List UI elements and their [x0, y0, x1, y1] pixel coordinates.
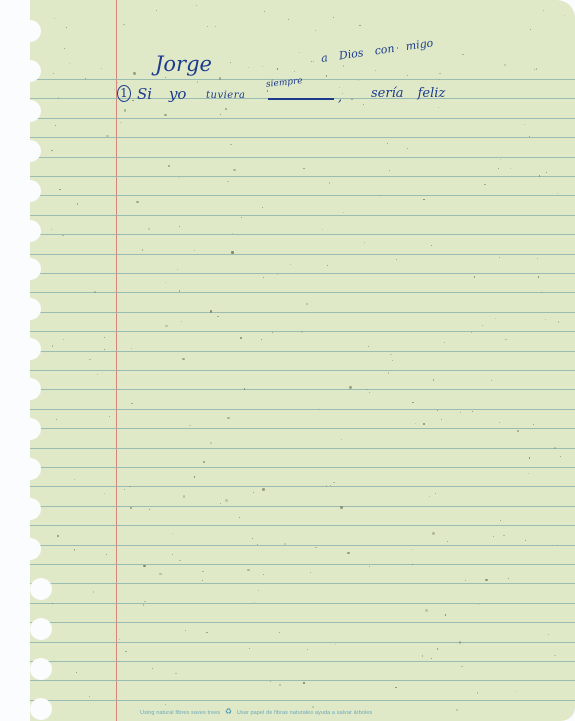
ruled-line [30, 700, 575, 701]
paper-fleck [456, 709, 458, 711]
ruled-line [30, 292, 575, 293]
paper-fleck [249, 648, 250, 649]
paper-fleck [294, 71, 295, 72]
paper-fleck [484, 184, 485, 185]
paper-fleck [564, 15, 565, 16]
binder-hole [30, 298, 41, 320]
paper-fleck [422, 655, 423, 656]
paper-fleck [557, 193, 558, 194]
paper-fleck [165, 77, 166, 78]
paper-fleck [220, 503, 221, 504]
paper-fleck [445, 614, 446, 615]
paper-fleck [311, 61, 312, 62]
paper-fleck [168, 165, 169, 166]
paper-fleck [196, 5, 197, 6]
paper-fleck [390, 354, 391, 355]
paper-fleck [89, 696, 90, 697]
paper-fleck [482, 325, 483, 326]
paper-fleck [262, 488, 264, 490]
paper-fleck [411, 549, 412, 550]
paper-fleck [524, 124, 525, 125]
paper-fleck [159, 573, 161, 575]
ruled-line [30, 157, 575, 158]
paper-fleck [313, 61, 314, 62]
paper-fleck [438, 107, 439, 108]
binder-hole [30, 338, 41, 360]
paper-fleck [183, 495, 185, 497]
paper-fleck [322, 229, 323, 230]
paper-fleck [343, 212, 344, 213]
binder-hole [30, 258, 41, 280]
footer-english: Using natural fibres saves trees [140, 710, 220, 716]
paper-fleck [368, 346, 369, 347]
paper-fleck [217, 316, 218, 317]
paper-fleck [194, 250, 195, 251]
paper-fleck [104, 337, 105, 338]
paper-fleck [432, 532, 434, 534]
paper-fleck [429, 496, 430, 497]
ruled-line [30, 351, 575, 352]
paper-fleck [407, 148, 408, 149]
paper-fleck [264, 11, 265, 12]
paper-fleck [447, 541, 448, 542]
paper-fleck [225, 499, 227, 501]
paper-fleck [315, 30, 316, 31]
paper-fleck [545, 319, 546, 320]
paper-fleck [461, 666, 462, 667]
binder-hole [30, 220, 41, 242]
recycle-icon: ♻ [225, 707, 232, 716]
paper-fleck [412, 402, 413, 403]
paper-fleck [76, 672, 77, 673]
paper-fleck [142, 249, 143, 250]
paper-fleck [306, 303, 308, 305]
paper-fleck [194, 476, 195, 477]
paper-fleck [89, 359, 90, 360]
paper-fleck [233, 169, 235, 171]
paper-fleck [327, 265, 328, 266]
paper-fleck [460, 412, 461, 413]
ruled-line [30, 118, 575, 119]
paper-fleck [152, 668, 153, 669]
paper-fleck [124, 109, 126, 111]
paper-fleck [56, 419, 57, 420]
ruled-line [30, 389, 575, 390]
binder-hole [30, 378, 41, 400]
binder-hole [30, 20, 41, 42]
paper-fleck [279, 684, 281, 686]
paper-fleck [364, 242, 365, 243]
paper-fleck [503, 535, 504, 536]
paper-fleck [114, 89, 115, 90]
paper-fleck [472, 411, 473, 412]
paper-fleck [63, 339, 64, 340]
paper-fleck [495, 318, 496, 319]
verb: tuviera [206, 90, 245, 101]
paper-fleck [498, 168, 499, 169]
paper-fleck [339, 87, 340, 88]
paper-fleck [525, 540, 526, 541]
paper-fleck [52, 603, 53, 604]
paper-fleck [347, 552, 349, 554]
paper-fleck [149, 509, 150, 510]
paper-fleck [77, 203, 78, 204]
paper-fleck [310, 572, 311, 573]
paper-fleck [263, 277, 264, 278]
ruled-line [30, 603, 575, 604]
paper-fleck [165, 704, 166, 705]
paper-fleck [528, 473, 529, 474]
paper-fleck [206, 632, 207, 633]
paper-fleck [179, 560, 180, 561]
paper-fleck [252, 538, 253, 539]
binder-hole [30, 538, 41, 560]
ruled-line [30, 545, 575, 546]
paper-fleck [369, 392, 370, 393]
paper-fleck [130, 507, 132, 509]
paper-fleck [97, 374, 98, 375]
paper-fleck [94, 291, 95, 292]
paper-fleck [172, 554, 173, 555]
paper-fleck [227, 181, 228, 182]
paper-fleck [329, 182, 330, 183]
paper-fleck [326, 485, 327, 486]
paper-fleck [340, 506, 342, 508]
paper-fleck [471, 332, 472, 333]
paper-fleck [225, 108, 227, 110]
ruled-line [30, 409, 575, 410]
paper-fleck [93, 591, 94, 592]
paper-fleck [517, 430, 518, 431]
binder-hole [30, 498, 41, 520]
paper-fleck [120, 122, 121, 123]
paper-fleck [554, 447, 556, 449]
paper-fleck [439, 79, 440, 80]
notebook-page [30, 0, 575, 721]
paper-fleck [210, 442, 212, 444]
paper-fleck [423, 199, 424, 200]
paper-fleck [341, 439, 342, 440]
paper-fleck [240, 337, 242, 339]
paper-fleck [529, 457, 530, 458]
paper-fleck [165, 325, 167, 327]
paper-fleck [123, 24, 124, 25]
paper-fleck [366, 389, 367, 390]
student-name: Jorge [155, 52, 212, 76]
paper-fleck [437, 648, 438, 649]
paper-fleck [539, 175, 540, 176]
paper-footer: Using natural fibres saves trees ♻ Usar … [140, 707, 372, 716]
paper-fleck [478, 604, 479, 605]
item-number-text: 1 [120, 86, 128, 100]
paper-fleck [303, 682, 304, 683]
paper-fleck [55, 125, 56, 126]
paper-fleck [491, 380, 492, 381]
binder-hole [30, 618, 52, 640]
paper-fleck [510, 168, 511, 169]
paper-fleck [444, 342, 445, 343]
ruled-line [30, 428, 575, 429]
paper-fleck [257, 544, 258, 545]
ruled-line [30, 273, 575, 274]
ruled-line [30, 506, 575, 507]
paper-fleck [181, 321, 182, 322]
paper-fleck [156, 10, 157, 11]
ruled-line [30, 642, 575, 643]
paper-fleck [288, 19, 289, 20]
paper-fleck [203, 461, 205, 463]
ruled-line [30, 525, 575, 526]
paper-fleck [131, 348, 132, 349]
paper-fleck [258, 590, 259, 591]
paper-fleck [125, 651, 126, 652]
paper-fleck [132, 100, 133, 101]
paper-fleck [485, 579, 487, 581]
paper-fleck [129, 486, 130, 487]
paper-fleck [504, 64, 506, 66]
ruled-line [30, 254, 575, 255]
paper-fleck [333, 482, 334, 483]
paper-fleck [388, 372, 389, 373]
paper-fleck [395, 687, 396, 688]
paper-fleck [230, 144, 231, 145]
ruled-line [30, 622, 575, 623]
ruled-line [30, 448, 575, 449]
ruled-line [30, 564, 575, 565]
paper-fleck [261, 339, 262, 340]
paper-fleck [131, 403, 132, 404]
paper-fleck [164, 114, 166, 116]
paper-fleck [290, 264, 291, 265]
paper-fleck [505, 339, 506, 340]
paper-fleck [516, 691, 517, 692]
paper-fleck [534, 69, 535, 70]
paper-fleck [358, 80, 359, 81]
paper-fleck [351, 99, 352, 100]
paper-fleck [175, 673, 176, 674]
paper-fleck [165, 282, 166, 283]
paper-fleck [433, 379, 434, 380]
paper-fleck [172, 533, 173, 534]
paper-fleck [54, 18, 55, 19]
paper-fleck [560, 456, 561, 457]
paper-fleck [392, 360, 393, 361]
paper-fleck [220, 114, 221, 115]
binder-hole [30, 698, 52, 720]
paper-fleck [177, 269, 178, 270]
paper-fleck [182, 358, 184, 360]
paper-fleck [387, 143, 388, 144]
paper-fleck [423, 423, 425, 425]
paper-fleck [543, 10, 544, 11]
ruled-line [30, 137, 575, 138]
paper-fleck [248, 67, 249, 68]
ruled-line [30, 661, 575, 662]
paper-fleck [301, 331, 303, 333]
paper-fleck [425, 609, 427, 611]
paper-fleck [51, 229, 52, 230]
paper-fleck [263, 574, 264, 575]
paper-fleck [239, 517, 240, 518]
paper-fleck [133, 72, 135, 74]
binder-hole [30, 458, 41, 480]
ruled-line [30, 370, 575, 371]
paper-fleck [284, 543, 286, 545]
ruled-line [30, 486, 575, 487]
paper-fleck [303, 168, 304, 169]
paper-fleck [459, 641, 461, 643]
paper-fleck [333, 17, 334, 18]
paper-fleck [500, 520, 501, 521]
sentence-end: sería feliz [371, 86, 445, 101]
binder-hole [30, 578, 52, 600]
paper-fleck [267, 90, 268, 91]
paper-fleck [277, 68, 278, 69]
answer-underline [268, 98, 334, 100]
paper-fleck [548, 634, 549, 635]
paper-fleck [554, 655, 555, 656]
paper-fleck [179, 177, 180, 178]
paper-fleck [279, 632, 280, 633]
paper-fleck [197, 81, 198, 82]
ruled-line [30, 312, 575, 313]
paper-fleck [106, 554, 107, 555]
paper-fleck [59, 189, 60, 190]
paper-fleck [477, 692, 478, 693]
paper-fleck [343, 65, 344, 66]
binder-hole [30, 180, 41, 202]
paper-fleck [215, 26, 216, 27]
paper-fleck [136, 201, 138, 203]
paper-fleck [462, 54, 463, 55]
paper-fleck [369, 566, 370, 567]
paper-fleck [230, 62, 231, 63]
paper-fleck [319, 409, 320, 410]
paper-fleck [57, 535, 59, 537]
paper-fleck [499, 422, 500, 423]
paper-fleck [143, 565, 145, 567]
paper-fleck [148, 228, 150, 230]
paper-fleck [359, 25, 360, 26]
paper-fleck [109, 416, 110, 417]
paper-fleck [64, 48, 65, 49]
paper-fleck [431, 658, 432, 659]
binder-hole [30, 418, 41, 440]
paper-fleck [441, 419, 442, 420]
paper-fleck [53, 73, 54, 74]
paper-fleck [546, 172, 547, 173]
paper-fleck [533, 424, 534, 425]
paper-fleck [307, 649, 308, 650]
paper-fleck [474, 276, 475, 277]
paper-fleck [558, 321, 559, 322]
paper-fleck [315, 547, 316, 548]
paper-fleck [62, 235, 63, 236]
paper-fleck [69, 63, 70, 64]
paper-fleck [179, 226, 180, 227]
paper-fleck [202, 571, 203, 572]
paper-fleck [431, 245, 432, 246]
paper-fleck [51, 150, 52, 151]
binder-hole [30, 140, 41, 162]
paper-fleck [143, 604, 144, 605]
paper-fleck [536, 68, 537, 69]
paper-fleck [189, 425, 190, 426]
paper-fleck [326, 75, 327, 76]
paper-fleck [124, 489, 125, 490]
paper-fleck [396, 259, 397, 260]
item-number: 1 [117, 85, 131, 102]
paper-fleck [363, 104, 364, 105]
paper-fleck [493, 536, 494, 537]
paper-fleck [465, 580, 466, 581]
paper-fleck [335, 644, 336, 645]
binder-hole [30, 658, 52, 680]
paper-fleck [262, 66, 263, 67]
paper-fleck [499, 257, 500, 258]
ruled-line [30, 680, 575, 681]
paper-fleck [185, 630, 186, 631]
paper-fleck [439, 73, 440, 74]
paper-fleck [415, 423, 416, 424]
paper-fleck [435, 493, 436, 494]
paper-fleck [500, 159, 501, 160]
ruled-line [30, 467, 575, 468]
paper-fleck [437, 410, 438, 411]
paper-fleck [407, 75, 408, 76]
paper-fleck [104, 493, 105, 494]
paper-fleck [530, 29, 531, 30]
paper-fleck [74, 549, 75, 550]
paper-fleck [119, 639, 120, 640]
paper-fleck [231, 251, 233, 253]
paper-fleck [202, 580, 203, 581]
paper-fleck [66, 27, 67, 28]
ruled-line [30, 176, 575, 177]
comma: , [338, 90, 342, 105]
ruled-line [30, 215, 575, 216]
paper-fleck [232, 233, 233, 234]
paper-fleck [557, 545, 558, 546]
paper-fleck [247, 569, 249, 571]
paper-fleck [389, 170, 390, 171]
paper-fleck [508, 578, 509, 579]
paper-fleck [253, 492, 254, 493]
paper-fleck [375, 70, 376, 71]
ruled-line [30, 195, 575, 196]
paper-fleck [270, 681, 271, 682]
paper-fleck [241, 217, 242, 218]
paper-fleck [227, 417, 229, 419]
paper-fleck [207, 26, 208, 27]
paper-fleck [349, 386, 351, 388]
paper-fleck [85, 78, 86, 79]
paper-fleck [52, 345, 53, 346]
ruled-line [30, 583, 575, 584]
paper-fleck [74, 479, 75, 480]
paper-fleck [342, 93, 343, 94]
paper-fleck [101, 68, 102, 69]
ruled-line [30, 234, 575, 235]
paper-fleck [106, 135, 108, 137]
sentence-start: Si yo [137, 85, 186, 103]
paper-fleck [538, 276, 539, 277]
paper-fleck [537, 258, 538, 259]
margin-line [116, 0, 117, 721]
paper-fleck [262, 207, 263, 208]
paper-fleck [299, 52, 300, 53]
footer-spanish: Usar papel de fibras naturales ayuda a s… [237, 710, 373, 716]
